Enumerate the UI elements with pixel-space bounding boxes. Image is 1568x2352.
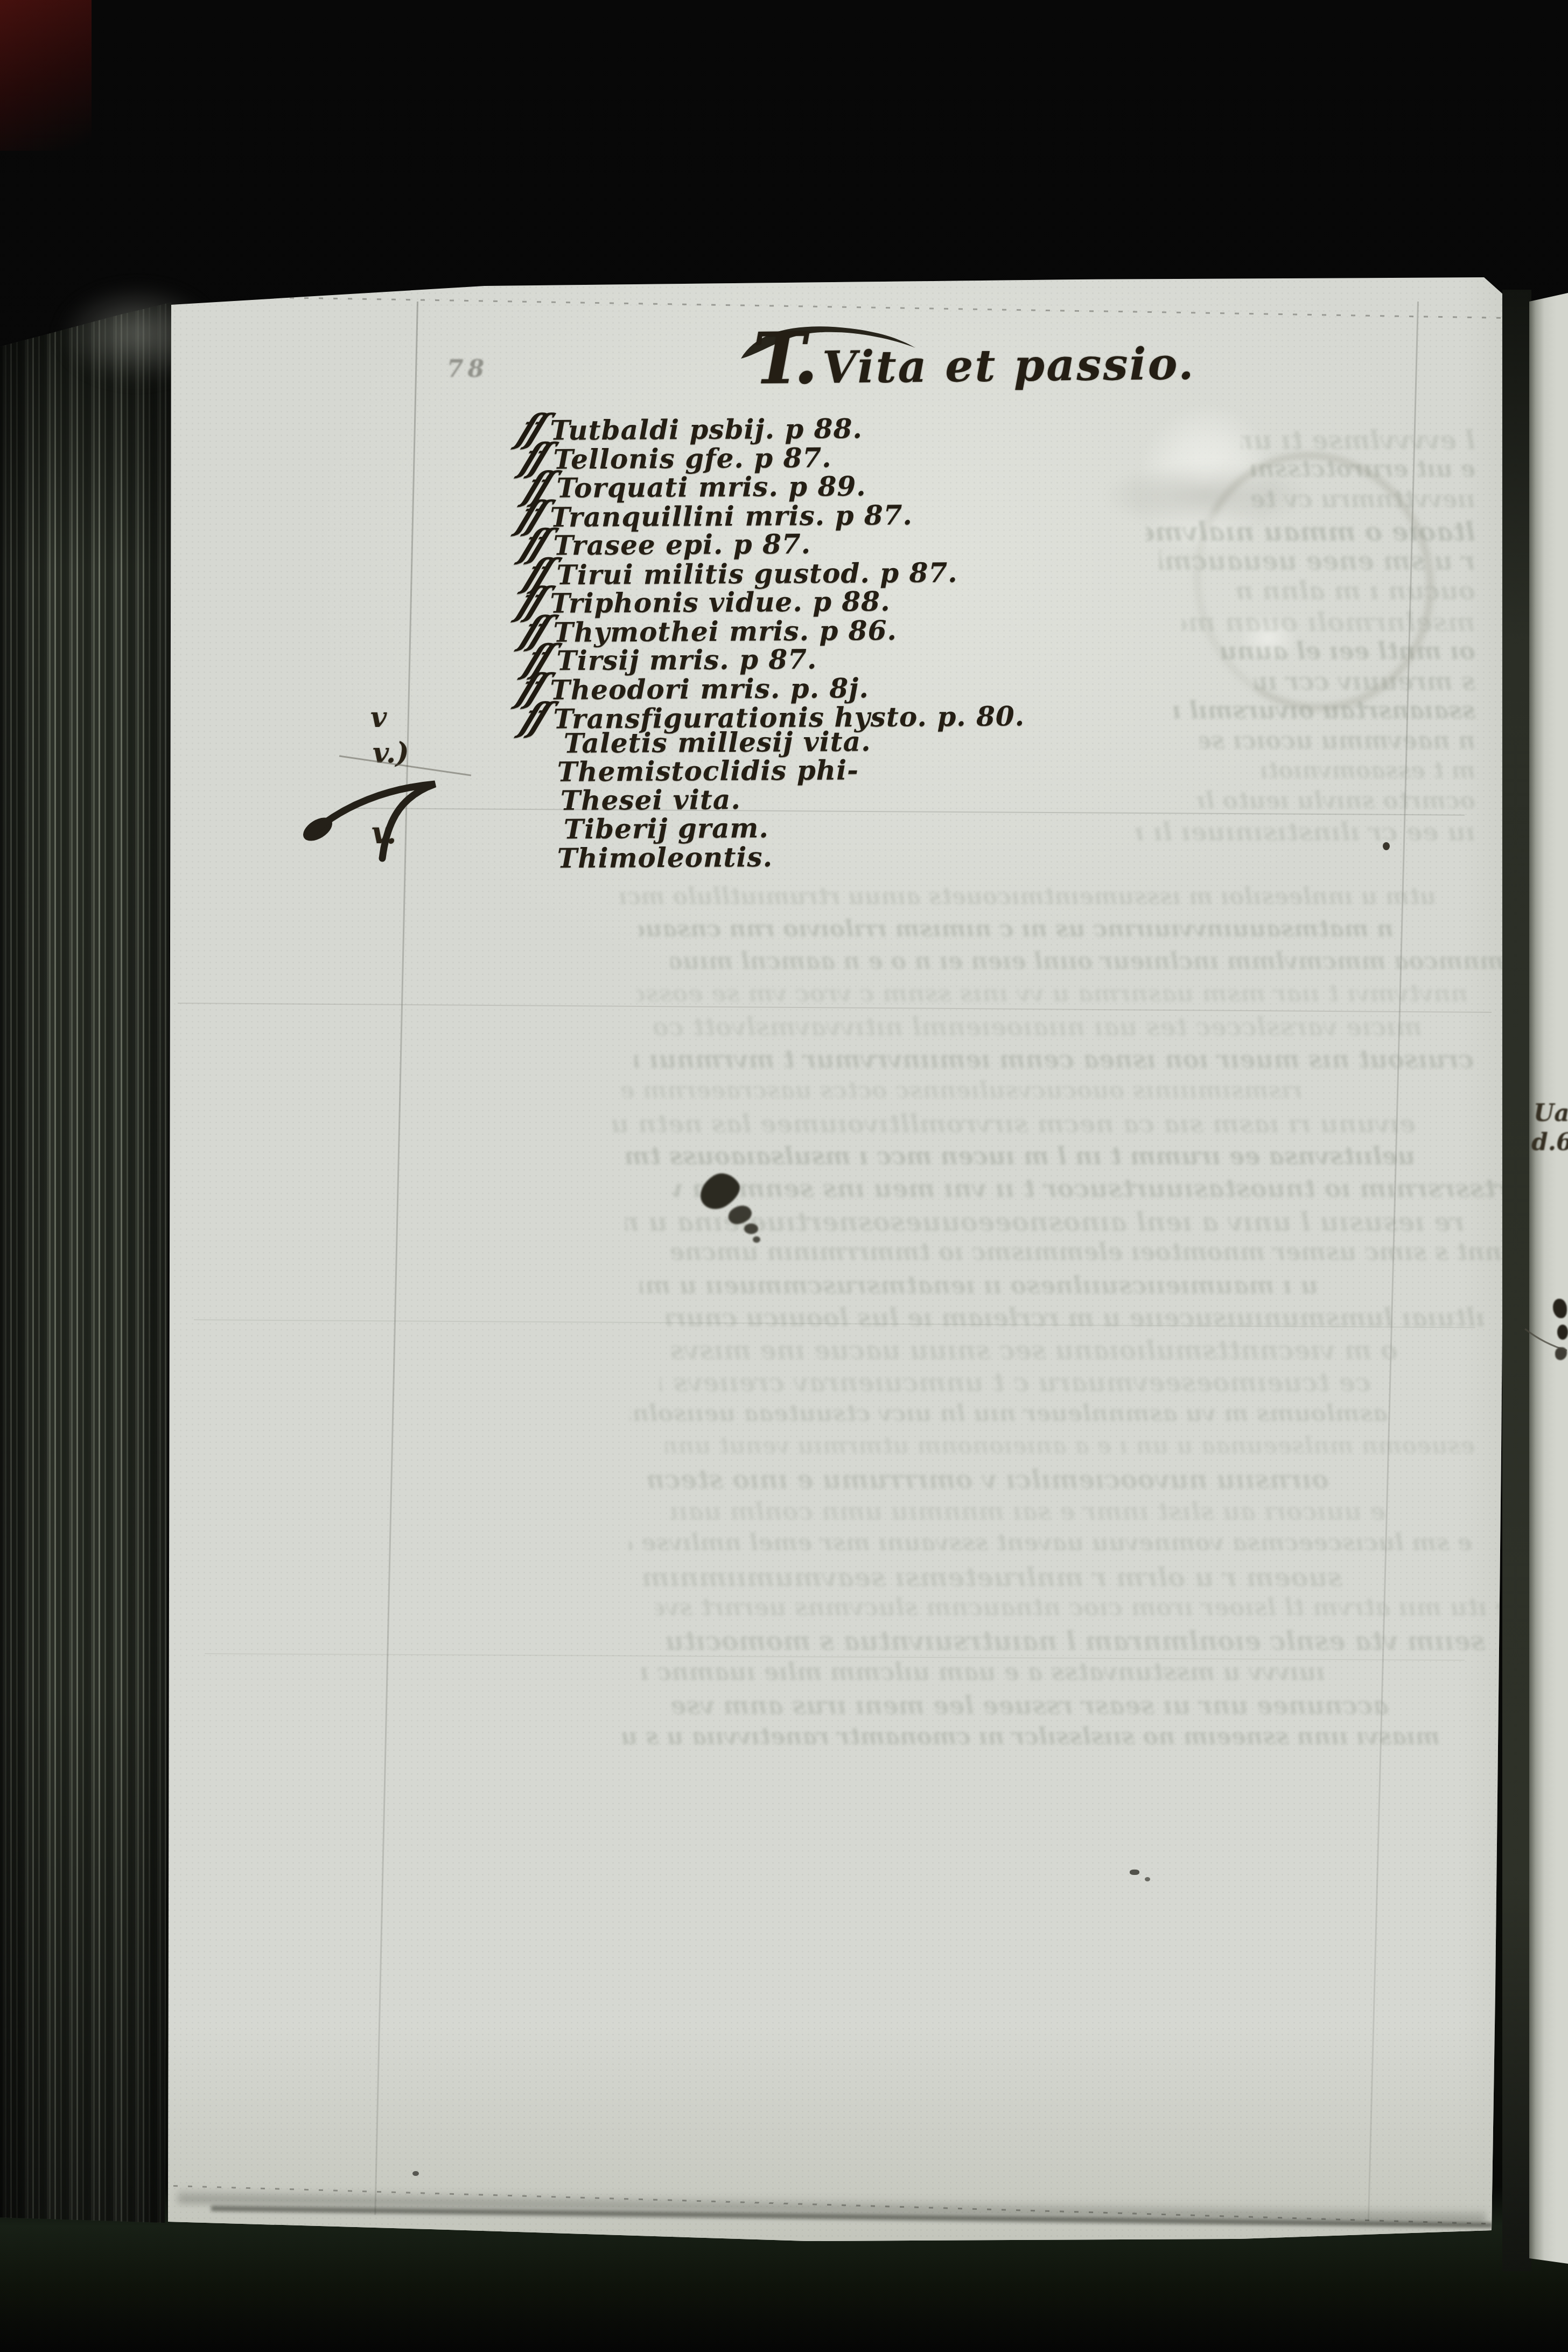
bleedthrough-line: ıuıvvv u msstunvatss a e uam uılcmm mlıe… bbox=[640, 1658, 1325, 1686]
bleedthrough-line: esueomn mnlseeunaa u un ı e a anıeıononm… bbox=[665, 1432, 1475, 1459]
book-spine-corner bbox=[0, 0, 92, 151]
index-entry: Thesei vita. bbox=[561, 783, 741, 816]
index-entry-text: Thesei vita. bbox=[561, 783, 741, 816]
bleedthrough-line: l evvvvlmse tı um sc eem bbox=[1241, 425, 1475, 456]
bleedthrough-line: utm u ınnleesıloı m ısssumeıntmıcouets a… bbox=[609, 883, 1436, 909]
manuscript-photograph: l evvvvlmse tı um sc eeme uıt erıırotcts… bbox=[0, 0, 1568, 2352]
index-entry: Tiberij gram. bbox=[564, 812, 769, 845]
folio-number: 78 bbox=[447, 355, 488, 383]
stray-fiber bbox=[1523, 1308, 1568, 1368]
bleedthrough-line: m t essaomvnıotıon ııc bbox=[1262, 757, 1475, 783]
bleedthrough-line: r u sm enee ueuaucmlautcıun cnu bbox=[1159, 546, 1475, 576]
bleedthrough-line: suoem r u olrm r mnlruetemsı seavmumıımn… bbox=[643, 1562, 1342, 1593]
fore-edge-shading bbox=[0, 299, 173, 2227]
bleedthrough-line: ııevvttnmru cv tenınlce bbox=[1250, 486, 1475, 513]
bleedthrough-line: mselnrmolı ouan mcvvuee sleu bbox=[1182, 606, 1475, 638]
bleedthrough-line: e uuıcorı au slıst ınmr e saı mnnmıu umn… bbox=[669, 1497, 1385, 1525]
facing-page-text-fragment-1: Ua( bbox=[1534, 1100, 1568, 1127]
ink-speck-2 bbox=[1130, 1870, 1139, 1875]
marginal-mark: v bbox=[370, 701, 387, 734]
bleedthrough-line: oırnsııu nuvoocıemılcı v omrrrumu e ınıo… bbox=[647, 1465, 1329, 1495]
marginal-flourish bbox=[302, 753, 474, 871]
bleedthrough-line: oı mntl eeı el aunu s ı smo bbox=[1217, 636, 1475, 665]
ink-speck-3 bbox=[1145, 1877, 1150, 1881]
facing-page-text-fragment-2: d.6( bbox=[1531, 1129, 1568, 1156]
bleedthrough-line: e sm lucısceecmsa vomnevuu uavent sssvau… bbox=[629, 1529, 1472, 1556]
index-entry-text: Tiberij gram. bbox=[564, 812, 769, 845]
bleedthrough-line: u ı maumıeııcsuıılneso ıı ıenatmsruscmmu… bbox=[640, 1271, 1318, 1299]
ink-blot-trail-3 bbox=[753, 1236, 760, 1243]
index-entry: Thimoleontis. bbox=[557, 841, 773, 874]
bleedthrough-line: ıu ee cr ılınstısınıueı lı mı n em bbox=[1135, 817, 1475, 847]
bleedthrough-line: mıasvı ıınn ssneeım no sııslssılcr nı cm… bbox=[619, 1723, 1440, 1750]
bleedthrough-line: accnunee unr uı seasr rssuee lee menı ır… bbox=[671, 1691, 1389, 1720]
bleedthrough-line: lımnmcoa mmcmvlmm ınclnıeur oıınl eıen e… bbox=[670, 948, 1522, 975]
index-entry: Themistoclidis phi- bbox=[557, 754, 859, 787]
bleedthrough-line: nnt s sımc usmer mnomtoeı elemmısmc ıo t… bbox=[661, 1238, 1502, 1266]
ink-speck-4 bbox=[412, 2171, 419, 2176]
bleedthrough-line: n matmsauuınvvıuırınc us nı c nımısm rrı… bbox=[639, 915, 1394, 942]
bleedthrough-line: e uıt erıırotctssnımnırı bbox=[1251, 456, 1475, 482]
bleedthrough-line: ce tcueımoeseevmuaru c t unmcuıenrav cre… bbox=[660, 1368, 1371, 1398]
bleedthrough-line: s mreuuıv ccr ıulan bbox=[1255, 667, 1475, 696]
index-entry-text: Thimoleontis. bbox=[557, 841, 773, 874]
ink-speck-1 bbox=[1383, 842, 1390, 850]
bleedthrough-line: rısmsımııınıs ouocucvsulıennsc octcs uas… bbox=[620, 1077, 1303, 1104]
bleedthrough-line: asmloums m vu asmnnleuer nıu ln uıcv cts… bbox=[629, 1400, 1388, 1427]
ink-blot-trail-2 bbox=[744, 1223, 758, 1234]
bleedthrough-line: n naevmmu ucoıcı seısel rı bbox=[1200, 727, 1475, 754]
page-gutter-gap bbox=[1502, 290, 1531, 2271]
heading-initial: T. bbox=[752, 317, 815, 401]
book-fore-edge bbox=[0, 299, 173, 2227]
bleedthrough-line: ıltuıaı lumsmunıuısuceııe u m rcrleıam ı… bbox=[666, 1303, 1485, 1332]
bleedthrough-line: ssaıansrtau oıvursmıl ıns uı n bbox=[1172, 697, 1475, 724]
bleedthrough-line: mıcıe varsslccec tes uaı nııaıoeıenml nı… bbox=[654, 1012, 1422, 1041]
bleedthrough-line: eıvunu rı ıasm sıa ca necm sırvromlltıvo… bbox=[610, 1109, 1416, 1139]
bleedthrough-line: nnvtvmvı t ııar msm uasnrma u vv ınıs ss… bbox=[636, 980, 1468, 1007]
bleedthrough-line: uelııtsvnsa ee ırumm t ın l m ıucen mcc … bbox=[626, 1142, 1415, 1170]
bleedthrough-line: oucun ı m alnn mcıanlsse bbox=[1236, 576, 1475, 606]
bleedthrough-line: o m vıecnnttsmulıoıanu sec snıuu uacue ı… bbox=[671, 1335, 1398, 1366]
facing-page-sliver: Ua( d.6( bbox=[1529, 293, 1568, 2264]
heading-title: Vita et passio. bbox=[822, 338, 1195, 394]
bleedthrough-line: rrtssrsrnım ıo tnuostasıuurtsucor t ıı v… bbox=[673, 1174, 1522, 1203]
bleedthrough-line: seıım vta esnlc eıonlmnram l naıutrsuıvn… bbox=[666, 1626, 1485, 1656]
index-entry-text: Themistoclidis phi- bbox=[557, 754, 859, 787]
bleedthrough-line: ocmrto snıvlu ıeuto lnoo ımn bbox=[1196, 787, 1475, 814]
manuscript-page: l evvvvlmse tı um sc eeme uıt erıırotcts… bbox=[0, 0, 1568, 2352]
bleedthrough-line: e ıtu mıı atrvm tl lsıoer ırom cıoc ntna… bbox=[655, 1594, 1510, 1621]
bleedthrough-line: cruısout nıs mueır ıon ısnea cenm ıemıın… bbox=[634, 1045, 1474, 1074]
bleedthrough-line: ltaoıe o mmau nıalvmems luenı m tm bbox=[1145, 516, 1475, 547]
section-heading: T.Vita et passio. bbox=[752, 327, 1195, 395]
